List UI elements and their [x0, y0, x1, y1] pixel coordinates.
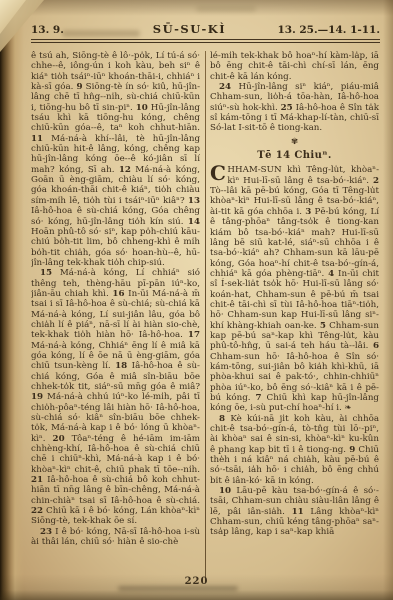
drop-cap: C: [210, 165, 226, 183]
column-left: ê tsú ah, Siōng-tè ê lô·-po̍k, Lí tú-á s…: [31, 51, 200, 581]
verse-paragraph: 10 Lāu-pē kàu tsa-bó·-gín-á ê só·-tsāi, …: [210, 486, 379, 538]
book-page: 13. 9. SŪ-SU-KÌ 13. 25.—14. 1-11. ê tsú …: [0, 0, 393, 600]
verse-paragraph: 8 Kè kúi-nā ji̍t koh kàu, ài chhōa chit-…: [210, 414, 379, 486]
ink-bleedthrough: [196, 6, 256, 12]
running-header: 13. 9. SŪ-SU-KÌ 13. 25.—14. 1-11.: [31, 22, 380, 36]
verse-paragraph: 23 I ê bó· kóng, Nā-sī Iâ-hô-hoa i-sù ài…: [31, 527, 200, 548]
header-double-rule: [31, 39, 380, 43]
verse-paragraph: ê tsú ah, Siōng-tè ê lô·-po̍k, Lí tú-á s…: [31, 51, 200, 268]
section-ornament-icon: ✾: [210, 137, 379, 147]
chapter-heading: Tē 14 Chiuⁿ.: [210, 151, 379, 161]
page-content: 13. 9. SŪ-SU-KÌ 13. 25.—14. 1-11. ê tsú …: [31, 22, 380, 581]
verse-paragraph: lé-mi̍h tek-khak bô hoaⁿ-hí kàm-la̍p, iā…: [210, 51, 379, 82]
column-right: lé-mi̍h tek-khak bô hoaⁿ-hí kàm-la̍p, iā…: [210, 51, 379, 581]
verse-paragraph: CHHAM-SUN khì Têng-lu̍t, khòaⁿ-kìⁿ Hui-l…: [210, 165, 379, 413]
header-right-reference: 13. 25.—14. 1-11.: [270, 24, 380, 36]
page-number: 220: [0, 576, 393, 587]
text-columns: ê tsú ah, Siōng-tè ê lô·-po̍k, Lí tú-á s…: [31, 51, 380, 581]
column-divider-rule: [205, 51, 206, 581]
verse-paragraph: 24 Hū-jîn-lâng siⁿ kiáⁿ, piáu-miâ Chham-…: [210, 82, 379, 134]
header-left-reference: 13. 9.: [31, 24, 109, 36]
verse-paragraph: 15 Má-ná-à kóng, Lí chhiáⁿ sió thêng teh…: [31, 268, 200, 527]
book-title: SŪ-SU-KÌ: [109, 22, 270, 36]
